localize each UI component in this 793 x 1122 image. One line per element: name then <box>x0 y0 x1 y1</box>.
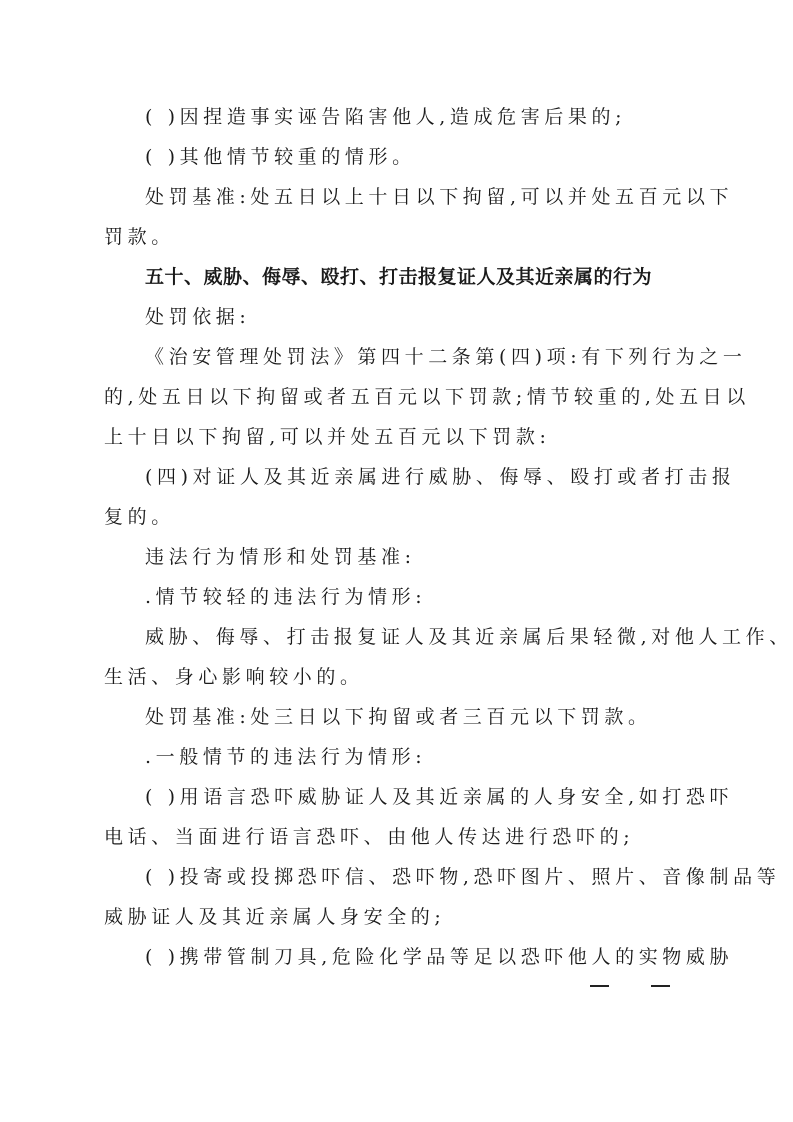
page-number-dash-left <box>590 985 609 987</box>
list-item-fabricate-accusation: ( )因捏造事实诬告陷害他人,造成危害后果的; <box>104 97 692 137</box>
law-citation-line: 《治安管理处罚法》第四十二条第(四)项:有下列行为之一 <box>104 337 692 377</box>
section-heading-50: 五十、威胁、侮辱、殴打、打击报复证人及其近亲属的行为 <box>104 257 692 297</box>
law-citation-continuation-2: 上十日以下拘留,可以并处五百元以下罚款: <box>104 417 692 457</box>
general-situation-heading: .一般情节的违法行为情形: <box>104 737 692 777</box>
penalty-basis-label: 处罚依据: <box>104 297 692 337</box>
list-item-verbal-threat: ( )用语言恐吓威胁证人及其近亲属的人身安全,如打恐吓 <box>104 777 692 817</box>
law-citation-continuation-1: 的,处五日以下拘留或者五百元以下罚款;情节较重的,处五日以 <box>104 377 692 417</box>
list-item-verbal-threat-continuation: 电话、当面进行语言恐吓、由他人传达进行恐吓的; <box>104 817 692 857</box>
violation-situations-label: 违法行为情形和处罚基准: <box>104 537 692 577</box>
list-item-threat-letters: ( )投寄或投掷恐吓信、恐吓物,恐吓图片、照片、音像制品等 <box>104 857 692 897</box>
minor-situation-continuation: 生活、身心影响较小的。 <box>104 657 692 697</box>
law-clause-four: (四)对证人及其近亲属进行威胁、侮辱、殴打或者打击报 <box>104 457 692 497</box>
list-item-weapons-threat: ( )携带管制刀具,危险化学品等足以恐吓他人的实物威胁 <box>104 937 692 977</box>
law-clause-four-continuation: 复的。 <box>104 497 692 537</box>
list-item-other-serious: ( )其他情节较重的情形。 <box>104 137 692 177</box>
minor-situation-heading: .情节较轻的违法行为情形: <box>104 577 692 617</box>
penalty-standard-line: 处罚基准:处五日以上十日以下拘留,可以并处五百元以下 <box>104 177 692 217</box>
list-item-threat-letters-continuation: 威胁证人及其近亲属人身安全的; <box>104 897 692 937</box>
minor-situation-description: 威胁、侮辱、打击报复证人及其近亲属后果轻微,对他人工作、 <box>104 617 692 657</box>
page-number-footer <box>590 976 670 996</box>
penalty-standard-continuation: 罚款。 <box>104 217 692 257</box>
page-number-dash-right <box>651 985 670 987</box>
document-page: ( )因捏造事实诬告陷害他人,造成危害后果的; ( )其他情节较重的情形。 处罚… <box>104 97 692 977</box>
minor-penalty-standard: 处罚基准:处三日以下拘留或者三百元以下罚款。 <box>104 697 692 737</box>
